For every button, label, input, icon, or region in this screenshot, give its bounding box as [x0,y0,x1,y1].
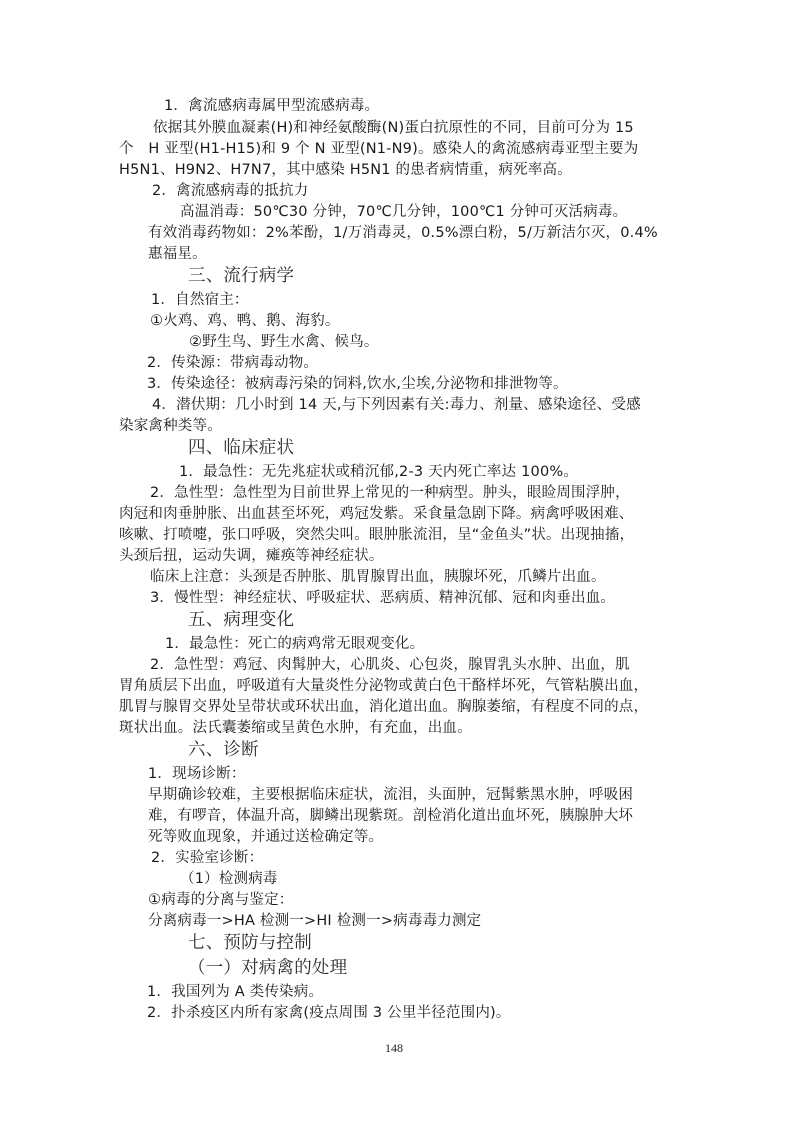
list-item: ②野生鸟、野生水禽、候鸟。 [189,332,379,352]
list-item: 2．急性型：鸡冠、肉髯肿大，心肌炎、心包炎，腺胃乳头水肿、出血，肌 [150,655,630,675]
section-heading: （一）对病禽的处理 [188,957,347,979]
paragraph-line: 死等败血现象，并通过送检确定等。 [148,827,383,847]
paragraph-line: 分离病毒一>HA 检测一>HI 检测一>病毒毒力测定 [148,911,481,931]
paragraph-line: 惠福星。 [148,244,207,264]
section-heading: 三、流行病学 [188,265,294,287]
section-heading: 七、预防与控制 [188,932,312,954]
paragraph-line: 临床上注意：头颈是否肿胀、肌胃腺胃出血，胰腺坏死，爪鳞片出血。 [150,567,606,587]
list-item: 2．实验室诊断： [151,848,263,868]
paragraph-line: 头颈后扭，运动失调，瘫痪等神经症状。 [119,546,384,566]
list-item: 4．潜伏期：几小时到 14 天,与下列因素有关:毒力、剂量、感染途径、受感 [152,395,641,415]
paragraph-line: 高温消毒：50℃30 分钟，70℃几分钟，100℃1 分钟可灭活病毒。 [180,202,627,222]
list-item: 1．自然宿主： [151,290,249,310]
list-item: （1）检测病毒 [180,869,278,889]
section-heading: 六、诊断 [188,739,259,761]
paragraph-line: H5N1、H9N2、H7N7，其中感染 H5N1 的患者病情重，病死率高。 [119,160,572,180]
list-item: 1．最急性：死亡的病鸡常无眼观变化。 [165,634,424,654]
paragraph-line: 个 H 亚型(H1-H15)和 9 个 N 亚型(N1-N9)。感染人的禽流感病… [119,139,638,159]
paragraph-line: 染家禽种类等。 [119,416,222,436]
list-item: 1．现场诊断： [148,764,246,784]
paragraph-line: 早期确诊较难，主要根据临床症状，流泪，头面肿，冠髯紫黑水肿，呼吸困 [148,785,633,805]
section-heading: 四、临床症状 [188,437,294,459]
paragraph-line: 肌胃与腺胃交界处呈带状或环状出血，消化道出血。胸腺萎缩，有程度不同的点， [119,697,648,717]
paragraph-line: 胃角质层下出血，呼吸道有大量炎性分泌物或黄白色干酪样坏死，气管粘膜出血， [119,676,648,696]
list-item: 2．传染源：带病毒动物。 [147,353,318,373]
paragraph-line: 咳嗽、打喷嚏，张口呼吸，突然尖叫。眼肿胀流泪，呈“金鱼头”状。出现抽搐， [119,525,634,545]
paragraph-line: 难，有啰音，体温升高，脚鳞出现紫斑。剖检消化道出血坏死，胰腺肿大坏 [148,806,633,826]
paragraph-line: 肉冠和肉垂肿胀、出血甚至坏死，鸡冠发紫。采食量急剧下降。病禽呼吸困难、 [119,504,634,524]
page-number: 148 [385,1041,403,1056]
paragraph-line: 依据其外膜血凝素(H)和神经氨酸酶(N)蛋白抗原性的不同，目前可分为 15 [153,118,634,138]
list-item: 3．慢性型：神经症状、呼吸症状、恶病质、精神沉郁、冠和肉垂出血。 [150,588,615,608]
list-item: 1．最急性：无先兆症状或稍沉郁,2-3 天内死亡率达 100%。 [179,462,578,482]
list-item: 2．禽流感病毒的抵抗力 [152,181,308,201]
list-item: 1．我国列为 A 类传染病。 [147,982,323,1002]
list-item: 2．扑杀疫区内所有家禽(疫点周围 3 公里半径范围内)。 [147,1003,511,1023]
list-item: 2．急性型：急性型为目前世界上常见的一种病型。肿头，眼睑周围浮肿， [150,483,630,503]
list-item: ①火鸡、鸡、鸭、鹅、海豹。 [150,311,340,331]
document-page: 1．禽流感病毒属甲型流感病毒。依据其外膜血凝素(H)和神经氨酸酶(N)蛋白抗原性… [0,0,793,1122]
list-item: 3．传染途径：被病毒污染的饲料,饮水,尘埃,分泌物和排泄物等。 [147,374,568,394]
list-item: 1．禽流感病毒属甲型流感病毒。 [164,96,379,116]
paragraph-line: 斑状出血。法氏囊萎缩或呈黄色水肿，有充血，出血。 [119,718,472,738]
section-heading: 五、病理变化 [188,609,294,631]
list-item: ①病毒的分离与鉴定： [148,890,294,910]
paragraph-line: 有效消毒药物如：2%苯酚，1/万消毒灵，0.5%漂白粉，5/万新洁尔灭，0.4% [148,223,658,243]
